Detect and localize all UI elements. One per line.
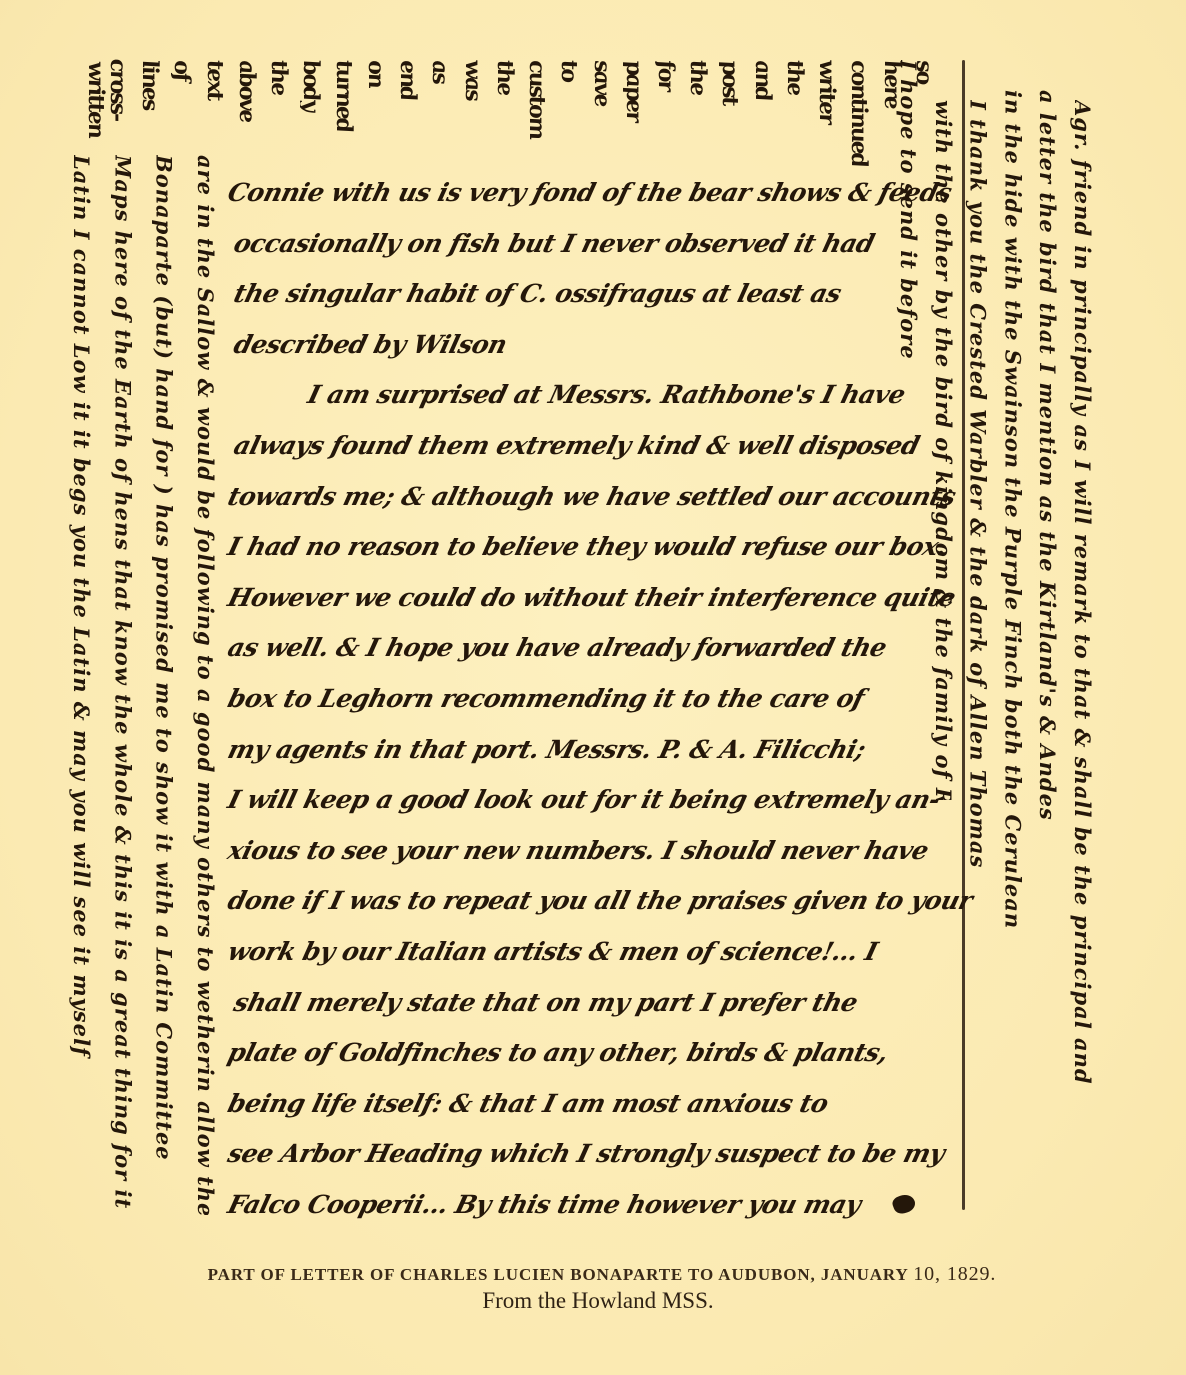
right-margin-line: a letter the bird that I mention as the … (1034, 90, 1060, 1150)
caption-date: 10, 1829. (913, 1263, 996, 1285)
letter-body: Connie with us is very fond of the bear … (222, 168, 902, 1230)
right-margin-writing: I hope to send it before with the other … (895, 60, 1095, 1220)
top-margin-column: the (268, 58, 290, 171)
top-margin-column: continued (848, 58, 870, 171)
top-margin-column: as (429, 58, 451, 171)
caption-title: PART OF LETTER OF CHARLES LUCIEN BONAPAR… (0, 1263, 1186, 1286)
handwritten-line: being life itself: & that I am most anxi… (222, 1079, 915, 1130)
top-margin-column: was (462, 58, 484, 171)
top-margin-column: post (719, 58, 741, 171)
handwritten-line: always found them extremely kind & well … (222, 421, 915, 472)
handwritten-line: work by our Italian artists & men of sci… (222, 927, 915, 978)
top-margin-column: save (591, 58, 613, 171)
top-margin-column: end (397, 58, 419, 171)
left-margin-writing: are in the Sallow & would be following t… (68, 155, 218, 1215)
right-margin-line: I thank you the Crested Warbler & the da… (965, 100, 991, 900)
handwritten-line: Falco Cooperii... By this time however y… (222, 1180, 915, 1231)
handwritten-line: described by Wilson (222, 320, 915, 371)
top-margin-column: for (655, 58, 677, 171)
handwritten-line: as well. & I hope you have already forwa… (222, 623, 915, 674)
figure-caption: PART OF LETTER OF CHARLES LUCIEN BONAPAR… (0, 1263, 1186, 1314)
top-margin-writing: cross-written lines of text above the bo… (85, 60, 935, 170)
manuscript-page: cross-written lines of text above the bo… (0, 0, 1186, 1375)
top-margin-column: writer (816, 58, 838, 171)
top-margin-column: and (752, 58, 774, 171)
left-margin-line: Maps here of the Earth of hens that know… (109, 155, 135, 1215)
caption-title-text: PART OF LETTER OF CHARLES LUCIEN BONAPAR… (208, 1265, 908, 1284)
handwritten-line: box to Leghorn recommending it to the ca… (222, 674, 915, 725)
handwritten-line: done if I was to repeat you all the prai… (222, 876, 915, 927)
caption-source: From the Howland MSS. (0, 1288, 1186, 1314)
top-margin-column: the (494, 58, 516, 171)
top-margin-column: on (365, 58, 387, 171)
top-margin-column: above (236, 58, 258, 171)
top-margin-column: paper (623, 58, 645, 171)
handwritten-line: my agents in that port. Messrs. P. & A. … (222, 725, 915, 776)
right-margin-line: in the hide with the Swainson the Purple… (999, 90, 1025, 990)
top-margin-column: to (558, 58, 580, 171)
top-margin-column: body (300, 58, 322, 171)
top-margin-column: the (687, 58, 709, 171)
right-margin-line: with the other by the bird of kingdom & … (930, 100, 956, 800)
handwritten-line: the singular habit of C. ossifragus at l… (222, 269, 915, 320)
handwritten-line: occasionally on fish but I never observe… (222, 219, 915, 270)
top-margin-column: turned (333, 58, 355, 171)
right-margin-line: I hope to send it before (895, 60, 921, 820)
left-margin-line: Bonaparte (but) hand for ) has promised … (151, 155, 177, 1215)
left-margin-line: Latin I cannot Low it it begs you the La… (68, 155, 94, 1215)
handwritten-line: see Arbor Heading which I strongly suspe… (222, 1129, 915, 1180)
handwritten-line: However we could do without their interf… (222, 573, 915, 624)
right-margin-line: Agr. friend in principally as I will rem… (1069, 100, 1095, 1260)
handwritten-line: plate of Goldfinches to any other, birds… (222, 1028, 915, 1079)
handwritten-line: I will keep a good look out for it being… (222, 775, 915, 826)
left-margin-line: are in the Sallow & would be following t… (192, 155, 218, 1215)
handwritten-line: towards me; & although we have settled o… (222, 472, 915, 523)
handwritten-line: xious to see your new numbers. I should … (222, 826, 915, 877)
top-margin-column: the (784, 58, 806, 171)
handwritten-line: shall merely state that on my part I pre… (222, 978, 915, 1029)
top-margin-column: custom (526, 58, 548, 171)
handwritten-line: Connie with us is very fond of the bear … (222, 168, 915, 219)
handwritten-line: I had no reason to believe they would re… (222, 522, 915, 573)
handwritten-line: I am surprised at Messrs. Rathbone's I h… (222, 370, 915, 421)
